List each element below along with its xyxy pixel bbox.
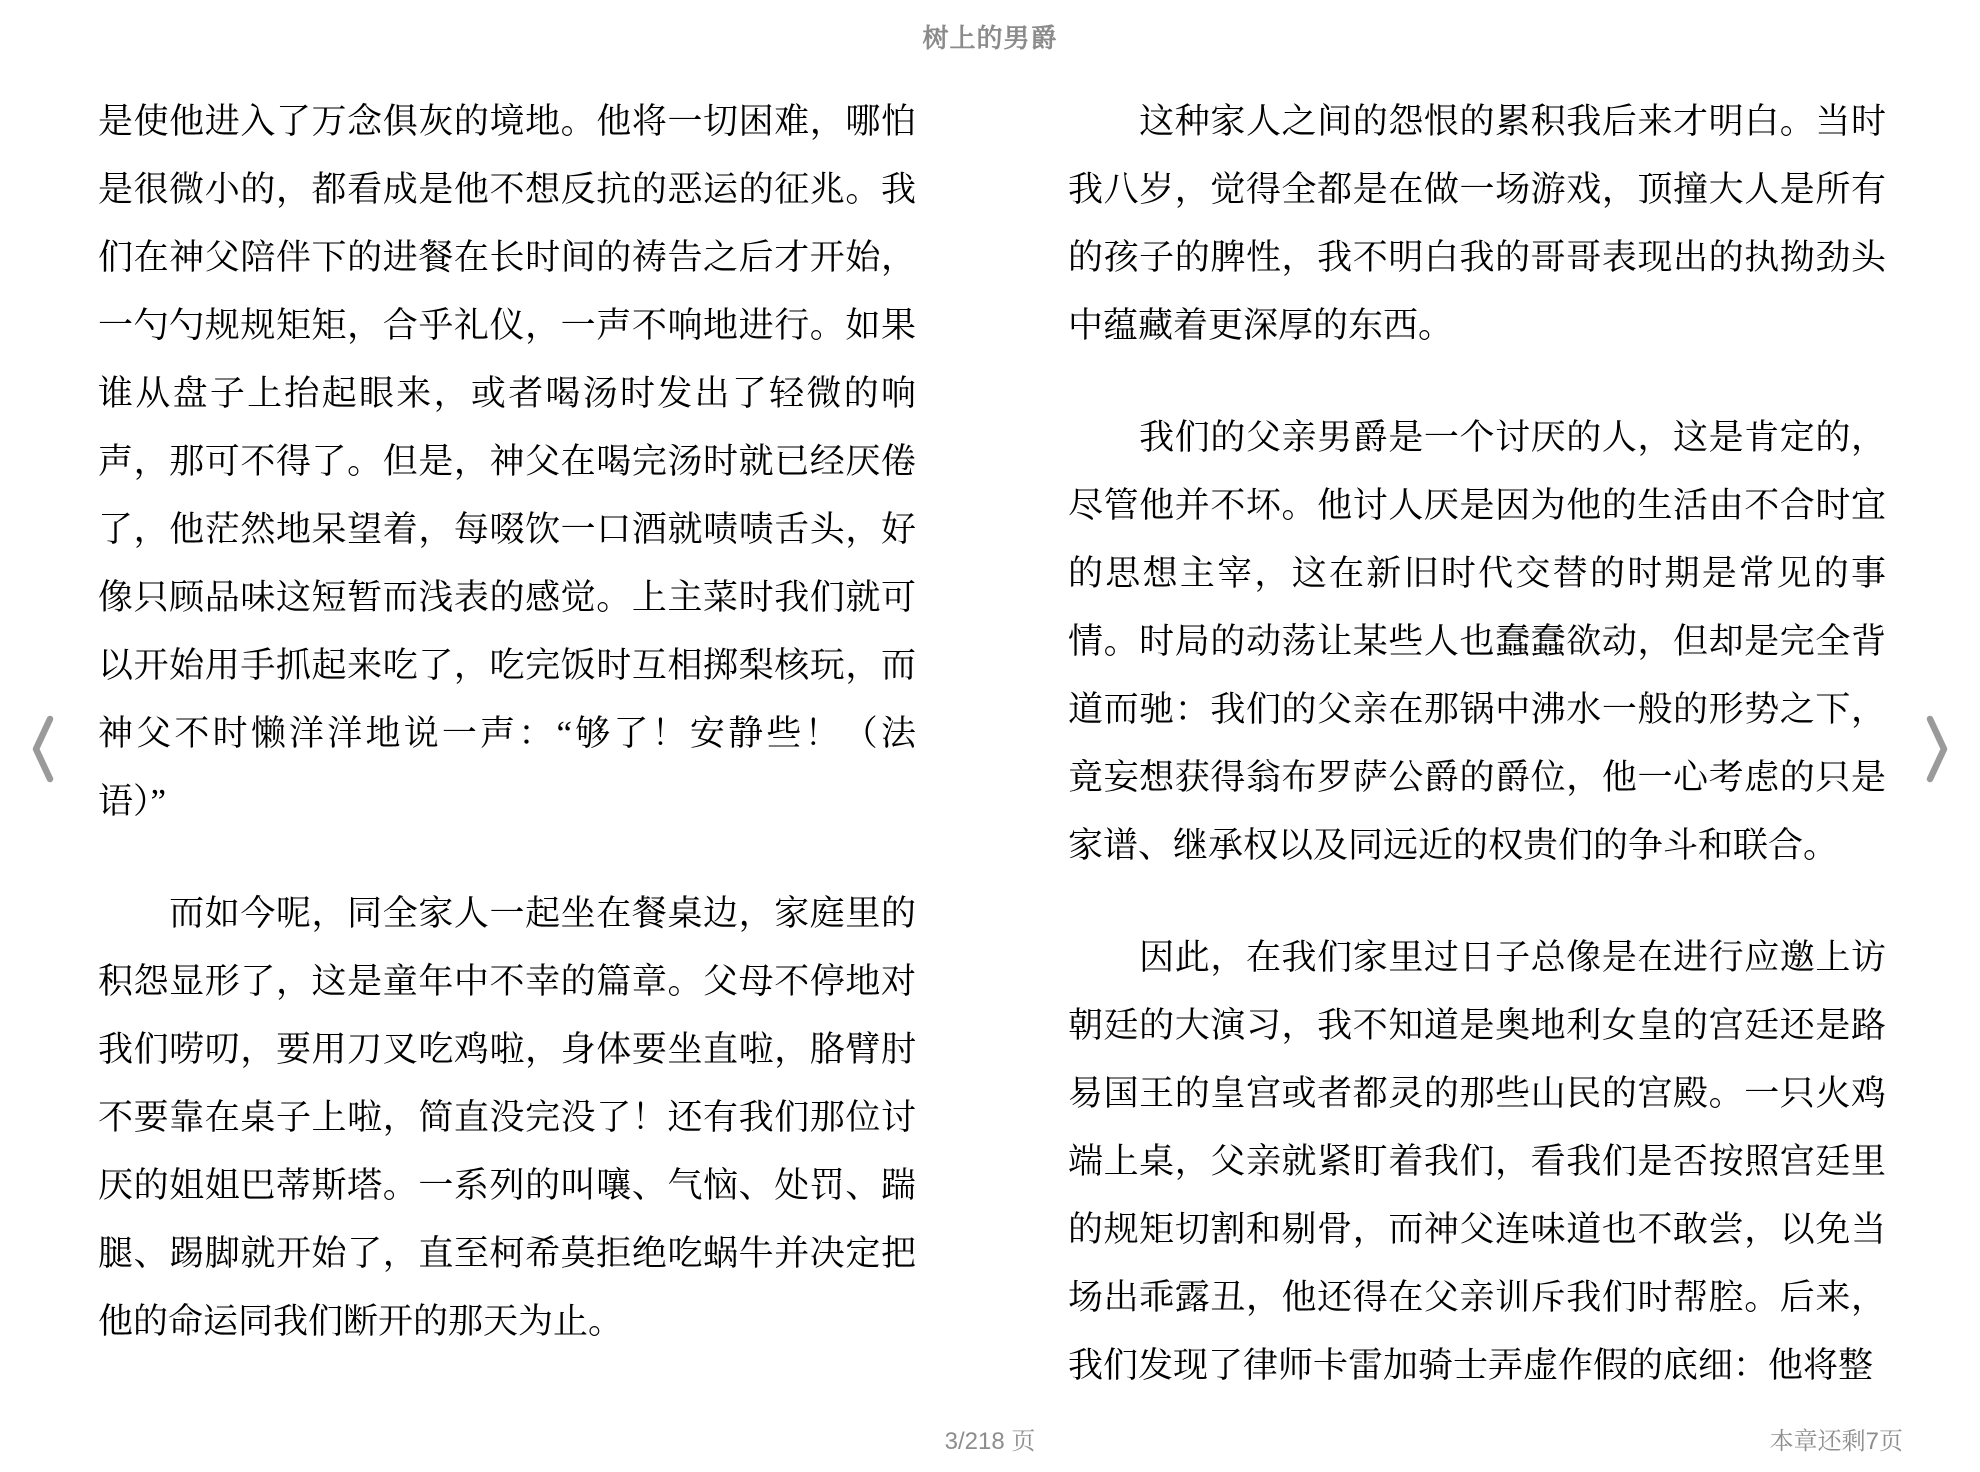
text-line: 场出乖露丑，他还得在父亲训斥我们时帮腔。后来， [1068, 1264, 1886, 1332]
text-line: 腿、踢脚就开始了，直至柯希莫拒绝吃蜗牛并决定把 [98, 1220, 916, 1288]
text-line: 谁从盘子上抬起眼来，或者喝汤时发出了轻微的响 [98, 360, 916, 428]
text-line: 语）” [98, 768, 916, 836]
text-line: 情。时局的动荡让某些人也蠢蠢欲动，但却是完全背 [1068, 608, 1886, 676]
text-line: 的孩子的脾性，我不明白我的哥哥表现出的执拗劲头 [1068, 224, 1886, 292]
text-line: 的规矩切割和剔骨，而神父连味道也不敢尝，以免当 [1068, 1196, 1886, 1264]
text-line: 家谱、继承权以及同远近的权贵们的争斗和联合。 [1068, 812, 1886, 880]
chevron-left-icon [30, 714, 56, 787]
text-line: 一勺勺规规矩矩，合乎礼仪，一声不响地进行。如果 [98, 292, 916, 360]
text-line: 他的命运同我们断开的那天为止。 [98, 1288, 916, 1356]
reading-area: 是使他进入了万念俱灰的境地。他将一切困难，哪怕是很微小的，都看成是他不想反抗的恶… [98, 88, 1886, 1400]
page-indicator: 3/218 页 [0, 1428, 1980, 1456]
paragraph: 是使他进入了万念俱灰的境地。他将一切困难，哪怕是很微小的，都看成是他不想反抗的恶… [98, 88, 916, 836]
text-line: 端上桌，父亲就紧盯着我们，看我们是否按照宫廷里 [1068, 1128, 1886, 1196]
paragraph: 因此，在我们家里过日子总像是在进行应邀上访朝廷的大演习，我不知道是奥地利女皇的宫… [1068, 924, 1886, 1400]
chapter-remaining-label: 本章还剩7页 [1770, 1428, 1903, 1456]
text-line: 了，他茫然地呆望着，每啜饮一口酒就啧啧舌头，好 [98, 496, 916, 564]
right-page-column: 这种家人之间的怨恨的累积我后来才明白。当时我八岁，觉得全都是在做一场游戏，顶撞大… [1068, 88, 1886, 1400]
book-title: 树上的男爵 [0, 18, 1980, 55]
text-line: 竟妄想获得翁布罗萨公爵的爵位，他一心考虑的只是 [1068, 744, 1886, 812]
text-line: 是使他进入了万念俱灰的境地。他将一切困难，哪怕 [98, 88, 916, 156]
text-line: 的思想主宰，这在新旧时代交替的时期是常见的事 [1068, 540, 1886, 608]
text-line: 中蕴藏着更深厚的东西。 [1068, 292, 1886, 360]
text-line: 以开始用手抓起来吃了，吃完饭时互相掷梨核玩，而 [98, 632, 916, 700]
text-line: 厌的姐姐巴蒂斯塔。一系列的叫嚷、气恼、处罚、踹 [98, 1152, 916, 1220]
text-line: 们在神父陪伴下的进餐在长时间的祷告之后才开始， [98, 224, 916, 292]
chevron-right-icon [1924, 714, 1950, 787]
text-line: 朝廷的大演习，我不知道是奥地利女皇的宫廷还是路 [1068, 992, 1886, 1060]
text-line: 不要靠在桌子上啦，简直没完没了！还有我们那位讨 [98, 1084, 916, 1152]
text-line: 道而驰：我们的父亲在那锅中沸水一般的形势之下， [1068, 676, 1886, 744]
paragraph: 这种家人之间的怨恨的累积我后来才明白。当时我八岁，觉得全都是在做一场游戏，顶撞大… [1068, 88, 1886, 360]
text-line: 我们发现了律师卡雷加骑士弄虚作假的底细：他将整 [1068, 1332, 1886, 1400]
prev-page-button[interactable] [30, 712, 56, 788]
text-line: 积怨显形了，这是童年中不幸的篇章。父母不停地对 [98, 948, 916, 1016]
text-line: 像只顾品味这短暂而浅表的感觉。上主菜时我们就可 [98, 564, 916, 632]
text-line: 这种家人之间的怨恨的累积我后来才明白。当时 [1068, 88, 1886, 156]
text-line: 是很微小的，都看成是他不想反抗的恶运的征兆。我 [98, 156, 916, 224]
text-line: 因此，在我们家里过日子总像是在进行应邀上访 [1068, 924, 1886, 992]
paragraph: 而如今呢，同全家人一起坐在餐桌边，家庭里的积怨显形了，这是童年中不幸的篇章。父母… [98, 880, 916, 1356]
left-page-column: 是使他进入了万念俱灰的境地。他将一切困难，哪怕是很微小的，都看成是他不想反抗的恶… [98, 88, 916, 1400]
text-line: 神父不时懒洋洋地说一声：“够了！安静些！（法 [98, 700, 916, 768]
text-line: 易国王的皇宫或者都灵的那些山民的宫殿。一只火鸡 [1068, 1060, 1886, 1128]
text-line: 声，那可不得了。但是，神父在喝完汤时就已经厌倦 [98, 428, 916, 496]
text-line: 而如今呢，同全家人一起坐在餐桌边，家庭里的 [98, 880, 916, 948]
paragraph: 我们的父亲男爵是一个讨厌的人，这是肯定的，尽管他并不坏。他讨人厌是因为他的生活由… [1068, 404, 1886, 880]
text-line: 尽管他并不坏。他讨人厌是因为他的生活由不合时宜 [1068, 472, 1886, 540]
text-line: 我八岁，觉得全都是在做一场游戏，顶撞大人是所有 [1068, 156, 1886, 224]
next-page-button[interactable] [1924, 712, 1950, 788]
text-line: 我们的父亲男爵是一个讨厌的人，这是肯定的， [1068, 404, 1886, 472]
text-line: 我们唠叨，要用刀叉吃鸡啦，身体要坐直啦，胳臂肘 [98, 1016, 916, 1084]
